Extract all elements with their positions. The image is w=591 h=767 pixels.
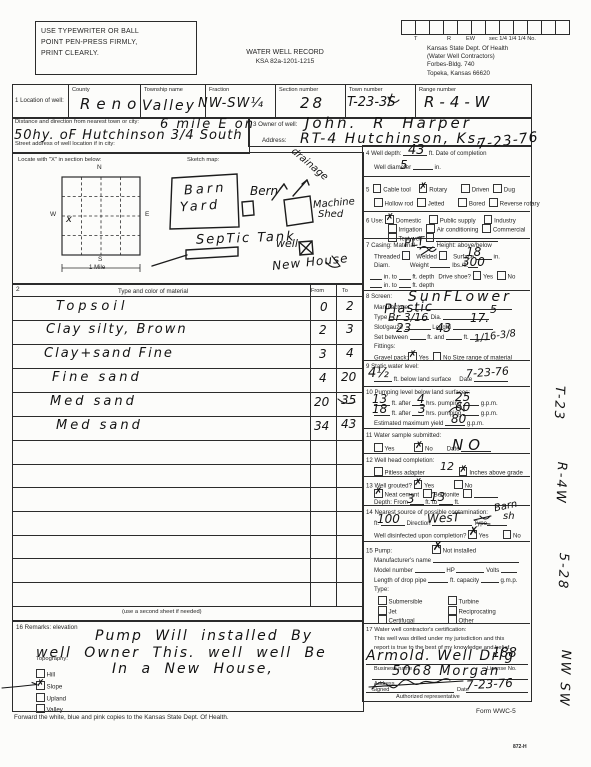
from-value-0: 0 xyxy=(320,300,328,314)
grid-label-r: R xyxy=(447,36,451,42)
table-note: (use a second sheet if needed) xyxy=(122,609,202,615)
pump-not-installed-checkbox: ✗ xyxy=(432,545,441,554)
table-number: 2 xyxy=(16,286,20,293)
pumping2-hrs: 3 xyxy=(418,402,426,416)
topo-upland: Upland xyxy=(36,693,66,703)
grid-label-ew: EW xyxy=(466,36,475,42)
commercial-checkbox xyxy=(482,224,491,233)
s13-line3: Depth: From ft. to ft. xyxy=(374,498,460,506)
code-grid xyxy=(402,20,570,40)
contamination-source-2: sh xyxy=(503,511,515,522)
contamination-direction-value: WesT xyxy=(427,510,461,526)
grout-other-checkbox xyxy=(463,489,472,498)
topo-valley: Valley xyxy=(36,704,63,714)
sample-yes-checkbox xyxy=(374,443,383,452)
remarks-line-2: well Owner This. well well Be xyxy=(36,645,327,661)
authorized-representative-label: Authorized representative xyxy=(396,694,460,700)
from-value-1: 2 xyxy=(319,323,327,337)
compass-e: E xyxy=(145,211,149,218)
code-grid-cell xyxy=(499,20,514,35)
owner-value: John. R Harper xyxy=(305,114,472,132)
welded-checkbox xyxy=(439,251,448,260)
from-value-2: 3 xyxy=(319,347,327,361)
material-row-4: Med sand xyxy=(50,394,137,409)
fraction-value: NW-SW¼ xyxy=(198,96,264,111)
domestic-checkbox: ✗ xyxy=(385,215,394,224)
material-row-2: Clay+sand Fine xyxy=(44,346,174,361)
s15-other: Other xyxy=(448,615,474,625)
township-label: Township name xyxy=(144,87,183,93)
material-row-0: Topsoil xyxy=(56,299,129,314)
code-grid-cell xyxy=(457,20,472,35)
locate-x-mark: x xyxy=(66,214,72,225)
upland-checkbox xyxy=(36,693,45,702)
section-value: 28 xyxy=(300,94,325,112)
code-grid-cell xyxy=(541,20,556,35)
cable-tool-checkbox xyxy=(373,184,382,193)
s11-title: 11 Water sample submitted: xyxy=(366,432,441,439)
code-grid-cell xyxy=(429,20,444,35)
code-grid-cell xyxy=(527,20,542,35)
compass-w: W xyxy=(50,211,56,218)
table-header: Type and color of material xyxy=(118,288,188,295)
s15-line5: Type: xyxy=(374,586,389,593)
s15-line3: Model number HP Volts xyxy=(374,566,517,574)
margin-range-note: R-4W xyxy=(553,461,569,504)
agency-line: (Water Well Contractors) xyxy=(427,53,508,61)
to-value-3: 20 xyxy=(341,370,356,384)
slope-label: Slope xyxy=(47,684,63,691)
centrifugal-checkbox xyxy=(378,615,387,624)
dug-checkbox xyxy=(493,184,502,193)
irrigation-checkbox xyxy=(388,224,397,233)
submersible-checkbox xyxy=(378,596,387,605)
code-grid-cell xyxy=(555,20,570,35)
disinfected-yes-checkbox: ✗ xyxy=(468,530,477,539)
to-value-0: 2 xyxy=(346,299,354,313)
instruction-line: PRINT CLEARLY. xyxy=(41,48,191,59)
grout-to-value: 13 xyxy=(430,490,445,504)
township-value: Valley xyxy=(142,98,196,114)
upland-label: Upland xyxy=(47,696,67,703)
s15-line4: Length of drop pipe ft. capacity g.m.p. xyxy=(374,576,517,584)
s8-line6: Fittings: xyxy=(374,343,395,350)
sketch-barn-yard-2: Yard xyxy=(180,198,221,216)
section-label: Section number xyxy=(279,87,318,93)
s17-title: 17 Water well contractor's certification… xyxy=(366,627,466,633)
screen-set-to-value: 43 xyxy=(436,321,451,335)
well-depth-value: 43 xyxy=(408,143,425,158)
from-value-3: 4 xyxy=(319,371,327,385)
code-grid-cell xyxy=(401,20,416,35)
s7-line4: in. to ft. depthDrive shoe? YesNo xyxy=(370,271,515,281)
screen-set-from-value: 23 xyxy=(396,321,411,335)
material-row-3: Fine sand xyxy=(52,370,142,385)
s15-submersible: Submersible xyxy=(378,596,422,606)
screen-length-value: 17. xyxy=(470,311,489,325)
casing-material-value: PLT xyxy=(403,234,425,250)
gravel-pack-no-checkbox xyxy=(433,352,442,361)
town-value: T-23-3S xyxy=(347,95,396,110)
turbine-checkbox xyxy=(448,596,457,605)
forward-note: Forward the white, blue and pink copies … xyxy=(14,714,229,721)
rotary-checkbox: ✗ xyxy=(419,184,428,193)
s5-line2: Hollow rodJettedBoredReverse rotary xyxy=(374,198,540,208)
to-value-4: 35 xyxy=(341,393,356,407)
fraction-label: Fraction xyxy=(209,87,229,93)
grid-label-t: T xyxy=(414,36,417,42)
s10-line2: ft. after hrs. pumping g.p.m. xyxy=(374,399,498,407)
hill-checkbox xyxy=(36,669,45,678)
sketch-map-label: Sketch map: xyxy=(187,157,219,163)
material-row-1: Clay silty, Brown xyxy=(46,322,188,337)
owner-address-label: Address: xyxy=(262,137,286,144)
sample-no-handwritten: NO xyxy=(452,436,485,454)
instruction-box: USE TYPEWRITER OR BALL POINT PEN-PRESS F… xyxy=(35,21,197,75)
county-label: County xyxy=(72,87,90,93)
form-title: WATER WELL RECORD xyxy=(195,49,375,56)
owner-label: 3 Owner of well: xyxy=(253,121,297,128)
grouted-yes-checkbox: ✗ xyxy=(414,480,423,489)
owner-address-value: RT-4 Hutchinson, Ks, xyxy=(300,131,483,147)
s7-line5: in. to ft. depth xyxy=(370,281,434,289)
agency-address: Kansas State Dept. Of Health (Water Well… xyxy=(427,45,508,78)
code-grid-cell xyxy=(513,20,528,35)
s15-centrifugal: Certifugal xyxy=(378,615,415,625)
bored-checkbox xyxy=(458,198,467,207)
s12-title: 12 Well head completion: xyxy=(366,457,434,464)
neat-cement-checkbox: ✗ xyxy=(374,489,383,498)
jetted-checkbox xyxy=(417,198,426,207)
from-value-4: 20 xyxy=(314,395,329,409)
license-number-value: 188 xyxy=(492,646,517,661)
valley-label: Valley xyxy=(47,707,63,714)
remarks-line-3: In a New House, xyxy=(112,661,274,677)
hill-label: Hill xyxy=(47,672,56,679)
margin-township-note: T-23 xyxy=(551,385,567,421)
s10-line3: ft. after hrs. pumping g.p.m. xyxy=(374,409,498,417)
water-well-record-form: USE TYPEWRITER OR BALL POINT PEN-PRESS F… xyxy=(0,0,591,767)
locate-label: Locate with "X" in section below: xyxy=(18,157,101,163)
sample-no-checkbox: ✗ xyxy=(414,443,423,452)
s8-title: 8 Screen: xyxy=(366,293,392,300)
s8-line7: Gravel pack:✗YesNo Size range of materia… xyxy=(374,352,528,362)
inches-above-grade-value: 12 xyxy=(440,460,454,473)
jet-checkbox xyxy=(378,606,387,615)
drive-shoe-no-checkbox xyxy=(497,271,506,280)
well-diameter-value: 5 xyxy=(400,158,408,172)
grouted-no-checkbox xyxy=(454,480,463,489)
instruction-line: USE TYPEWRITER OR BALL xyxy=(41,26,191,37)
agency-line: Forbes-Bldg. 740 xyxy=(427,61,508,69)
s14-line3: Well disinfected upon completion? ✗YesNo xyxy=(374,530,521,540)
range-value: R-4-W xyxy=(424,93,494,111)
agency-line: Topeka, Kansas 66620 xyxy=(427,70,508,78)
table-to-header: To xyxy=(342,288,348,294)
print-code: 872-H xyxy=(513,744,527,750)
remarks-label: 16 Remarks: elevation xyxy=(16,624,78,631)
grid-label-sec: sec 1/4 1/4 1/4 No. xyxy=(489,36,536,42)
form-number: Form WWC-5 xyxy=(476,708,516,715)
threaded-checkbox xyxy=(402,251,411,260)
screen-dia-value: 5 xyxy=(490,303,497,316)
max-yield-value: 80 xyxy=(451,412,466,426)
sketch-barn-yard-1: Barn xyxy=(184,181,227,199)
contamination-distance-value: 100 xyxy=(377,512,400,526)
form-title-block: WATER WELL RECORD KSA 82a-1201-1215 xyxy=(195,49,375,65)
s4-line1: 4 Well depth: ft. Date of completion xyxy=(366,149,486,157)
casing-weight-value: 300 xyxy=(462,255,485,269)
topo-slope: ✗Slope xyxy=(36,681,62,691)
compass-n: N xyxy=(97,164,102,171)
industry-checkbox xyxy=(484,215,493,224)
gravel-pack-yes-checkbox: ✗ xyxy=(408,352,417,361)
to-value-5: 43 xyxy=(341,417,356,431)
to-value-1: 3 xyxy=(346,322,354,336)
code-grid-cell xyxy=(443,20,458,35)
public-supply-checkbox xyxy=(429,215,438,224)
code-grid-cell xyxy=(471,20,486,35)
compass-s: S xyxy=(98,256,102,263)
form-subtitle: KSA 82a-1201-1215 xyxy=(195,58,375,65)
distance-label: Distance and direction from nearest town… xyxy=(15,119,139,125)
reverse-rotary-checkbox xyxy=(489,198,498,207)
pump-other-checkbox xyxy=(448,615,457,624)
s15-line1: 15 Pump:✗Not installed xyxy=(366,545,476,555)
pitless-adapter-checkbox xyxy=(374,467,383,476)
code-grid-cell xyxy=(485,20,500,35)
margin-section-note: 5-28 xyxy=(555,552,571,590)
pumping2-ft: 18 xyxy=(372,402,387,416)
s15-line2: Manufacturer's name xyxy=(374,556,519,564)
agency-line: Kansas State Dept. Of Health xyxy=(427,45,508,53)
town-label: Town number xyxy=(349,87,383,93)
location-label: 1 Location of well: xyxy=(15,97,64,104)
reciprocating-checkbox xyxy=(448,606,457,615)
from-value-5: 34 xyxy=(314,419,329,433)
table-from-header: From xyxy=(311,288,324,294)
drive-shoe-yes-checkbox xyxy=(473,271,482,280)
s15-turbine: Turbine xyxy=(448,596,479,606)
instruction-line: POINT PEN-PRESS FIRMLY, xyxy=(41,37,191,48)
margin-quarter-note: NW SW xyxy=(556,649,573,707)
grout-from-value: 3 xyxy=(407,492,415,506)
hollow-rod-checkbox xyxy=(374,198,383,207)
sign-date-value: 7-23-76 xyxy=(466,676,514,692)
sketch-well-label: well xyxy=(276,237,298,250)
topography-label: Topography: xyxy=(36,656,68,662)
sketch-machine-shed-2: Shed xyxy=(318,209,343,220)
air-conditioning-checkbox xyxy=(426,224,435,233)
slope-checkbox: ✗ xyxy=(36,681,45,690)
scale-label: 1 Mile xyxy=(87,264,107,271)
valley-checkbox xyxy=(36,704,45,713)
material-row-5: Med sand xyxy=(56,418,143,433)
sketch-bern-label: Bern xyxy=(250,184,278,198)
s17-cert-line1: This well was drilled under my jurisdict… xyxy=(374,636,504,642)
county-value: Reno xyxy=(80,95,142,113)
inches-above-grade-checkbox: ✗ xyxy=(459,467,468,476)
code-grid-cell xyxy=(415,20,430,35)
distance-value-line2: 50hy. oF Hutchinson 3/4 South xyxy=(14,128,243,143)
remarks-line-1: Pump Will installed By xyxy=(95,628,313,644)
s10-line4: Estimated maximum yield g.p.m. xyxy=(374,419,484,427)
disinfected-no-checkbox xyxy=(503,530,512,539)
s5-line1: 5 Cable tool✗RotaryDrivenDug xyxy=(366,184,515,194)
driven-checkbox xyxy=(461,184,470,193)
static-level-value: 4½ xyxy=(368,366,389,381)
to-value-2: 4 xyxy=(346,346,354,360)
